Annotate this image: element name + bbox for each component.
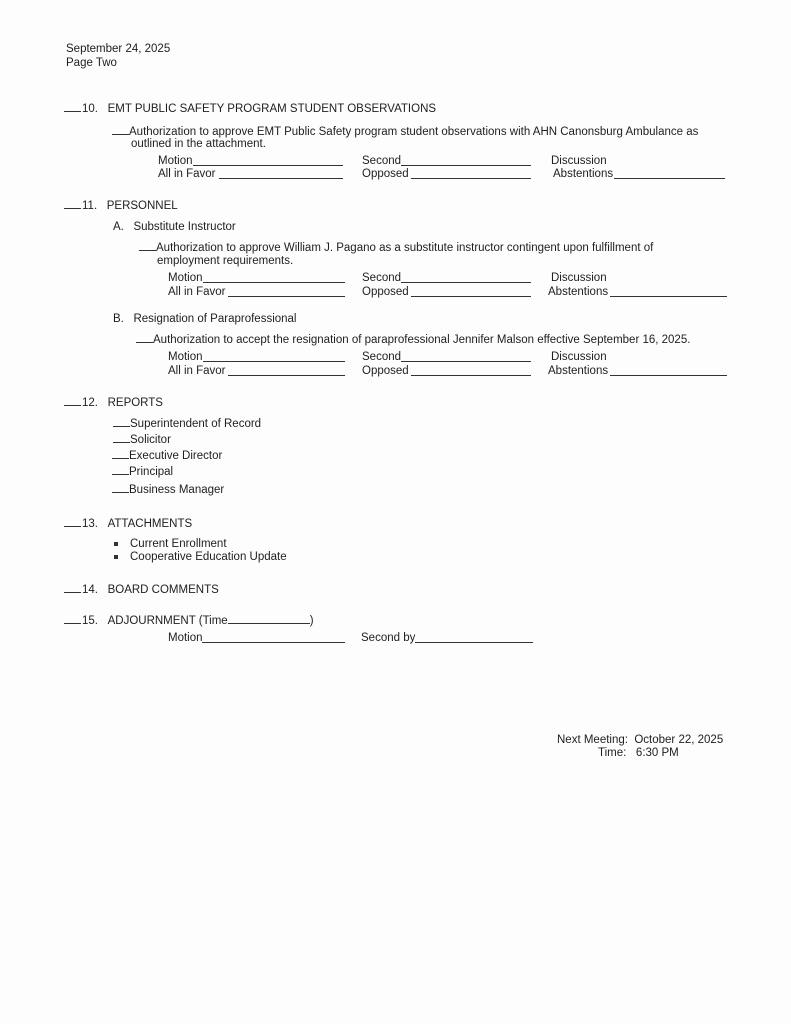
check-blank[interactable] [64,395,81,406]
motion-line[interactable] [203,271,345,283]
adjournment-motion-line[interactable] [202,631,345,643]
motion-line[interactable] [193,154,343,166]
bullet-icon [114,542,118,546]
abstentions-line[interactable] [610,364,727,376]
check-blank[interactable] [112,464,129,475]
item-11a-motion-cont: employment requirements. [157,254,293,268]
report-item: Superintendent of Record [113,416,261,431]
adjournment-second-label: Second by [361,631,415,645]
all-in-favor-line[interactable] [228,364,345,376]
item-11-heading: 11. PERSONNEL [64,198,178,213]
second-line[interactable] [401,271,531,283]
item-11b-heading: B. Resignation of Paraprofessional [113,312,297,326]
check-blank[interactable] [64,101,81,112]
meeting-time: Time: 6:30 PM [598,746,679,760]
check-blank[interactable] [112,482,129,493]
motion-line[interactable] [203,350,345,362]
item-11a-heading: A. Substitute Instructor [113,220,236,234]
second-line[interactable] [401,154,531,166]
item-15-heading: 15. ADJOURNMENT (Time) [64,613,314,628]
check-blank[interactable] [112,448,129,459]
opposed-line[interactable] [411,285,531,297]
item-14-heading: 14. BOARD COMMENTS [64,582,219,597]
all-in-favor-line[interactable] [219,167,343,179]
item-12-heading: 12. REPORTS [64,395,163,410]
check-blank[interactable] [112,124,129,135]
adjournment-second-line[interactable] [415,631,533,643]
time-line[interactable] [228,613,310,624]
item-10-motion-cont: outlined in the attachment. [131,137,266,151]
page-label: Page Two [66,56,117,70]
bullet-icon [114,555,118,559]
check-blank[interactable] [139,240,156,251]
item-11a-motion: Authorization to approve William J. Paga… [139,240,653,255]
report-item: Solicitor [113,432,171,447]
all-in-favor-line[interactable] [228,285,345,297]
check-blank[interactable] [64,198,81,209]
attachment-item: Current Enrollment [114,537,227,551]
check-blank[interactable] [113,416,130,427]
check-blank[interactable] [113,432,130,443]
item-10-heading: 10. EMT PUBLIC SAFETY PROGRAM STUDENT OB… [64,101,436,116]
check-blank[interactable] [136,332,153,343]
report-item: Principal [112,464,173,479]
item-11b-motion: Authorization to accept the resignation … [136,332,690,347]
check-blank[interactable] [64,516,81,527]
adjournment-motion-label: Motion [168,631,203,645]
report-item: Business Manager [112,482,224,497]
abstentions-line[interactable] [614,167,725,179]
attachment-item: Cooperative Education Update [114,550,287,564]
next-meeting: Next Meeting: October 22, 2025 [557,733,723,747]
second-line[interactable] [401,350,531,362]
item-13-heading: 13. ATTACHMENTS [64,516,192,531]
abstentions-line[interactable] [610,285,727,297]
opposed-line[interactable] [411,167,531,179]
check-blank[interactable] [64,582,81,593]
opposed-line[interactable] [411,364,531,376]
report-item: Executive Director [112,448,222,463]
document-date: September 24, 2025 [66,42,170,56]
check-blank[interactable] [64,613,81,624]
